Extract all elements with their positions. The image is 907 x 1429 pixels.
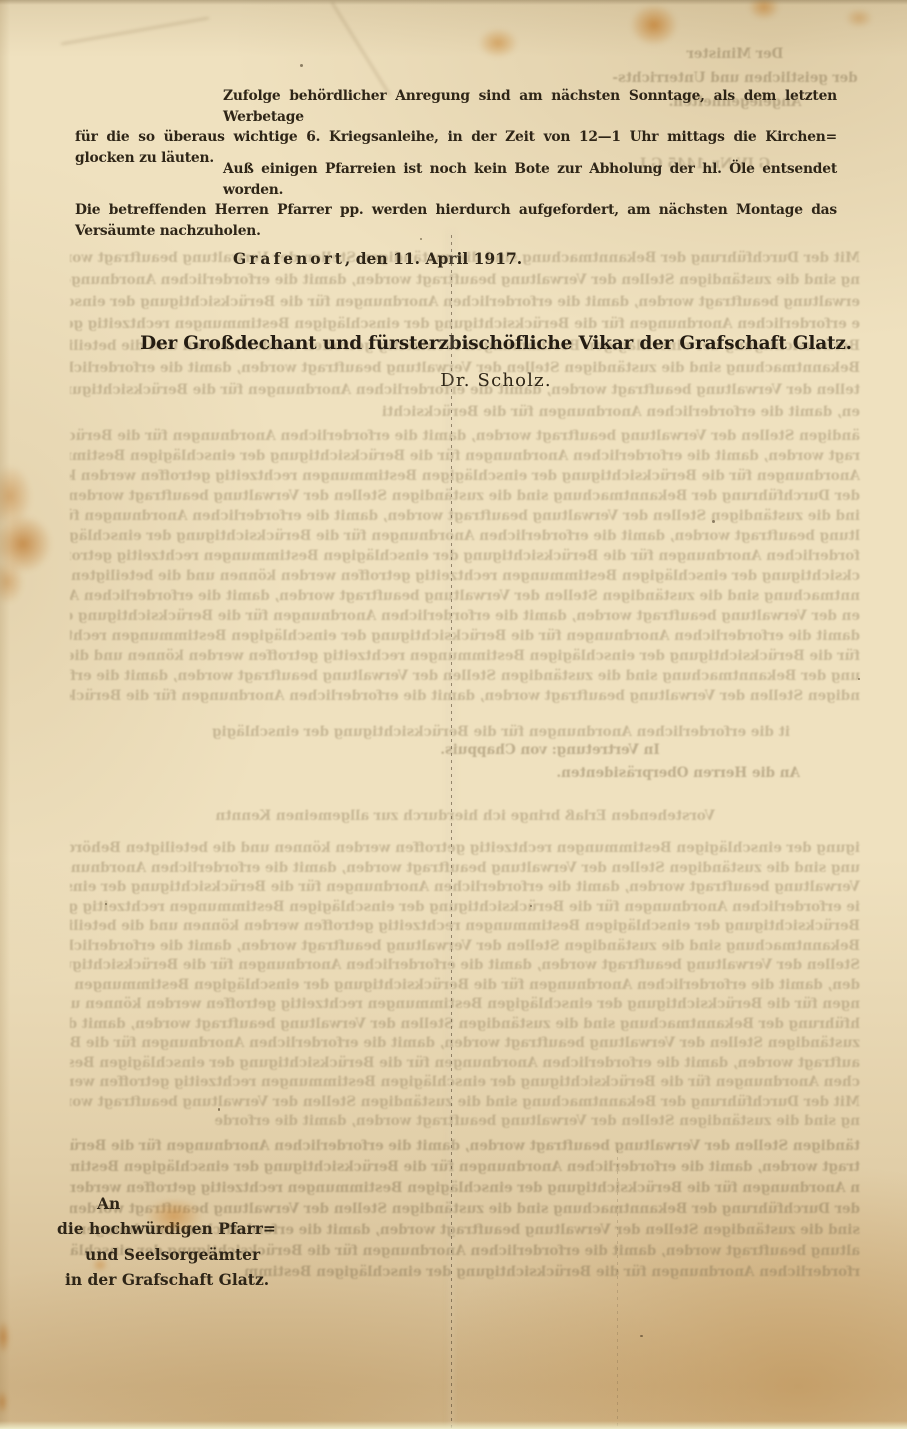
speck [218,1108,220,1111]
paper-bottom-edge [0,1421,907,1429]
bleedthrough-line: Mit der Durchführung der Bekanntmachung … [70,1093,860,1113]
bleedthrough-verso-address: An die Herren Oberpräsidenten. [540,765,800,781]
dateline: Grafenort, den 11. April 1917. [233,249,522,268]
faint-vertical-crease [617,1150,618,1429]
bleedthrough-line: zuständigen Stellen der Verwaltung beauf… [70,1034,860,1054]
bleedthrough-paragraph-block: igung der einschlägigen Bestimmungen rec… [70,839,860,1132]
dateline-date: , den 11. April 1917. [345,249,522,268]
stain [845,8,873,28]
bleedthrough-line: für die Berücksichtigung der einschlägig… [70,646,860,666]
bleedthrough-line: igung der einschlägigen Bestimmungen rec… [70,839,860,859]
bleedthrough-line: forderlichen Anordnungen für die Berücks… [70,546,860,566]
bleedthrough-line: ngen für die Berücksichtigung der einsch… [70,995,860,1015]
speck [712,520,715,523]
bleedthrough-line: ung sind die zuständigen Stellen der Ver… [70,859,860,879]
speck [300,64,303,67]
paragraph-line: Die betreffenden Herren Pfarrer pp. werd… [75,200,837,221]
speck [640,1335,643,1337]
paragraph-holy-oils: Auß einigen Pfarreien ist noch kein Bote… [75,159,837,241]
paragraph-line: Versäumte nachzuholen. [75,221,837,242]
bleedthrough-line: auftragt worden, damit die erforderliche… [70,1054,860,1074]
dateline-place: Grafenort [233,249,345,268]
diagonal-crease [61,17,209,45]
bleedthrough-line: Der Minister [600,42,870,66]
bleedthrough-line: Verwaltung beauftragt worden, damit die … [70,878,860,898]
bleedthrough-line: den, damit die erforderlichen Anordnunge… [70,976,860,996]
bleedthrough-line: cksichtigung der einschlägigen Bestimmun… [70,566,860,586]
bleedthrough-line: en, damit die erforderlichen Anordnungen… [70,401,860,423]
bleedthrough-line: ndigen Stellen der Verwaltung beauftragt… [70,686,860,706]
bleedthrough-line: ng sind die zuständigen Stellen der Verw… [70,1112,860,1132]
bleedthrough-line: In Vertretung: von Chappuis. [420,742,680,758]
bleedthrough-line: Vorstehenden Erlaß bringe ich hierdurch … [215,808,715,824]
speck [105,903,107,905]
bleedthrough-line: damit die erforderlichen Anordnungen für… [70,626,860,646]
bleedthrough-line: An die Herren Oberpräsidenten. [540,765,800,781]
bleedthrough-line: it die erforderlichen Anordnungen für di… [150,722,790,742]
bleedthrough-line: Anordnungen für die Berücksichtigung der… [70,466,860,486]
bleedthrough-line: Berücksichtigung der einschlägigen Besti… [70,917,860,937]
bleedthrough-line: ie erforderlichen Anordnungen für die Be… [70,898,860,918]
bleedthrough-line: ändigen Stellen der Verwaltung beauftrag… [70,426,860,446]
bleedthrough-line: ltung beauftragt worden, damit die erfor… [70,526,860,546]
bleedthrough-line: der Durchführung der Bekanntmachung sind… [70,486,860,506]
paragraph-line: Auß einigen Pfarreien ist noch kein Bote… [75,159,837,200]
bleedthrough-paragraph-block: it die erforderlichen Anordnungen für di… [150,722,790,742]
stain [478,28,518,58]
bleedthrough-line: ng sind die zuständigen Stellen der Verw… [70,269,860,291]
bleedthrough-verso-intro: Vorstehenden Erlaß bringe ich hierdurch … [215,808,715,824]
paper-left-edge [0,0,10,1429]
bleedthrough-verso-signature: In Vertretung: von Chappuis. [420,742,680,758]
bleedthrough-line: ung der Bekanntmachung sind die zuständi… [70,666,860,686]
paragraph-line: für die so überaus wichtige 6. Kriegsanl… [75,127,837,148]
issuer-heading: Der Großdechant und fürsterzbischöfliche… [95,333,897,354]
address-line: An [97,1191,276,1216]
bleedthrough-line: tragt worden, damit die erforderlichen A… [70,1157,860,1178]
bleedthrough-line: ind die zuständigen Stellen der Verwaltu… [70,506,860,526]
bleedthrough-line: Stellen der Verwaltung beauftragt worden… [70,956,860,976]
address-block: An die hochwürdigen Pfarr= und Seelsorge… [57,1191,276,1293]
bleedthrough-line: tändigen Stellen der Verwaltung beauftra… [70,1136,860,1157]
address-line: in der Grafschaft Glatz. [65,1267,276,1292]
bleedthrough-line: e erforderlichen Anordnungen für die Ber… [70,313,860,335]
bleedthrough-line: nntmachung sind die zuständigen Stellen … [70,586,860,606]
document-page: Der Minister der geistlichen und Unterri… [0,0,907,1429]
paragraph-line: Zufolge behördlicher Anregung sind am nä… [75,86,837,127]
paper-top-edge [0,0,907,5]
signature-name: Dr. Scholz. [95,370,897,391]
diagonal-crease [331,2,391,96]
bleedthrough-paragraph-block: ändigen Stellen der Verwaltung beauftrag… [70,426,860,706]
speck [530,905,532,907]
address-line: und Seelsorgeämter [85,1242,276,1267]
bleedthrough-line: ragt worden, damit die erforderlichen An… [70,446,860,466]
paragraph-bell-announcement: Zufolge behördlicher Anregung sind am nä… [75,86,837,168]
address-line: die hochwürdigen Pfarr= [57,1216,276,1241]
speck [858,678,860,680]
vertical-fold-crease [451,235,452,1429]
stain [630,4,678,46]
bleedthrough-line: erwaltung beauftragt worden, damit die e… [70,291,860,313]
speck [420,238,422,240]
bleedthrough-line: chen Anordnungen für die Berücksichtigun… [70,1073,860,1093]
bleedthrough-line: Bekanntmachung sind die zuständigen Stel… [70,937,860,957]
bleedthrough-line: hführung der Bekanntmachung sind die zus… [70,1015,860,1035]
bleedthrough-line: en der Verwaltung beauftragt worden, dam… [70,606,860,626]
